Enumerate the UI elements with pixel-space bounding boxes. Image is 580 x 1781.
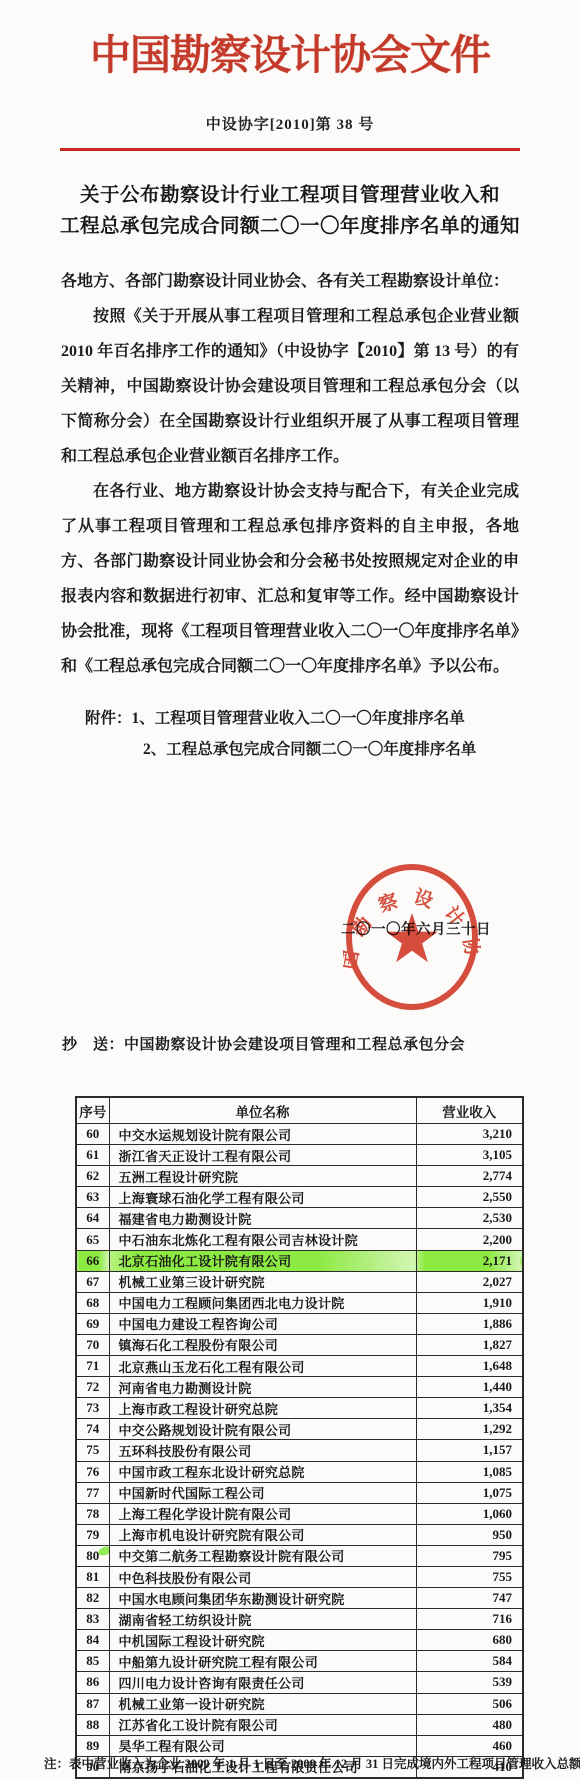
table-row: 80中交第二航务工程勘察设计院有限公司795 [76, 1545, 523, 1566]
attachment-1: 1、工程项目管理营业收入二〇一〇年度排序名单 [132, 710, 465, 727]
rank-cell: 69 [76, 1313, 109, 1334]
value-cell: 2,774 [416, 1166, 523, 1187]
rank-cell: 61 [76, 1145, 109, 1166]
table-row: 69中国电力建设工程咨询公司1,886 [76, 1313, 523, 1334]
rank-cell: 64 [76, 1208, 109, 1229]
table-row: 62五洲工程设计研究院2,774 [76, 1166, 523, 1187]
header-name: 单位名称 [109, 1097, 416, 1124]
value-cell: 1,075 [416, 1482, 523, 1503]
rank-cell: 80 [76, 1545, 109, 1566]
ranking-table: 序号 单位名称 营业收入 60中交水运规划设计院有限公司3,21061浙江省天正… [75, 1096, 524, 1779]
value-cell: 1,886 [416, 1313, 523, 1334]
table-row: 70镇海石化工程股份有限公司1,827 [76, 1334, 523, 1355]
table-row: 84中机国际工程设计研究院680 [76, 1630, 523, 1651]
table-row: 82中国水电顾问集团华东勘测设计研究院747 [76, 1588, 523, 1609]
value-cell: 680 [416, 1630, 523, 1651]
value-cell: 1,354 [416, 1398, 523, 1419]
value-cell: 2,027 [416, 1271, 523, 1292]
document-title: 关于公布勘察设计行业工程项目管理营业收入和 工程总承包完成合同额二〇一〇年度排序… [0, 180, 580, 242]
letterhead-title: 中国勘察设计协会文件 [0, 22, 580, 81]
table-row: 61浙江省天正设计工程有限公司3,105 [76, 1145, 523, 1166]
document-title-line1: 关于公布勘察设计行业工程项目管理营业收入和 [0, 180, 580, 211]
table-row: 67机械工业第三设计研究院2,027 [76, 1271, 523, 1292]
table-row: 78上海工程化学设计院有限公司1,060 [76, 1503, 523, 1524]
value-cell: 1,060 [416, 1503, 523, 1524]
name-cell: 镇海石化工程股份有限公司 [109, 1334, 416, 1355]
name-cell: 五环科技股份有限公司 [109, 1440, 416, 1461]
name-cell: 河南省电力勘测设计院 [109, 1377, 416, 1398]
rank-cell: 68 [76, 1292, 109, 1313]
table-row: 64福建省电力勘测设计院2,530 [76, 1208, 523, 1229]
name-cell: 中交公路规划设计院有限公司 [109, 1419, 416, 1440]
name-cell: 中船第九设计研究院工程有限公司 [109, 1651, 416, 1672]
paragraph-2: 在各行业、地方勘察设计协会支持与配合下，有关企业完成了从事工程项目管理和工程总承… [61, 474, 519, 684]
value-cell: 2,550 [416, 1187, 523, 1208]
salutation: 各地方、各部门勘察设计同业协会、各有关工程勘察设计单位： [61, 264, 519, 299]
value-cell: 1,157 [416, 1440, 523, 1461]
rank-cell: 83 [76, 1609, 109, 1630]
rank-cell: 70 [76, 1334, 109, 1355]
rank-cell: 67 [76, 1271, 109, 1292]
name-cell: 中国电力建设工程咨询公司 [109, 1313, 416, 1334]
rank-cell: 72 [76, 1377, 109, 1398]
name-cell: 机械工业第一设计研究院 [109, 1693, 416, 1714]
value-cell: 584 [416, 1651, 523, 1672]
name-cell: 中机国际工程设计研究院 [109, 1630, 416, 1651]
table-row: 81中色科技股份有限公司755 [76, 1566, 523, 1587]
document-number: 中设协字[2010]第 38 号 [0, 113, 580, 134]
value-cell: 747 [416, 1588, 523, 1609]
table-row: 87机械工业第一设计研究院506 [76, 1693, 523, 1714]
value-cell: 480 [416, 1714, 523, 1735]
official-seal: 中国勘察设计协会 [343, 862, 481, 1012]
value-cell: 2,530 [416, 1208, 523, 1229]
name-cell: 四川电力设计咨询有限责任公司 [109, 1672, 416, 1693]
value-cell: 539 [416, 1672, 523, 1693]
name-cell: 江苏省化工设计院有限公司 [109, 1714, 416, 1735]
value-cell: 3,105 [416, 1145, 523, 1166]
attachments-block: 附件：1、工程项目管理营业收入二〇一〇年度排序名单 2、工程总承包完成合同额二〇… [85, 703, 476, 765]
table-row: 63上海寰球石油化学工程有限公司2,550 [76, 1187, 523, 1208]
name-cell: 中交第二航务工程勘察设计院有限公司 [109, 1545, 416, 1566]
value-cell: 1,440 [416, 1377, 523, 1398]
attachment-2: 2、工程总承包完成合同额二〇一〇年度排序名单 [143, 734, 476, 765]
value-cell: 2,171 [416, 1250, 523, 1271]
name-cell: 福建省电力勘测设计院 [109, 1208, 416, 1229]
name-cell: 中石油东北炼化工程有限公司吉林设计院 [109, 1229, 416, 1250]
name-cell: 五洲工程设计研究院 [109, 1166, 416, 1187]
name-cell: 北京燕山玉龙石化工程有限公司 [109, 1356, 416, 1377]
rank-cell: 71 [76, 1356, 109, 1377]
table-header-row: 序号 单位名称 营业收入 [76, 1097, 523, 1124]
table-row: 74中交公路规划设计院有限公司1,292 [76, 1419, 523, 1440]
table-row: 60中交水运规划设计院有限公司3,210 [76, 1124, 523, 1145]
rank-cell: 63 [76, 1187, 109, 1208]
table-row: 88江苏省化工设计院有限公司480 [76, 1714, 523, 1735]
paragraph-1: 按照《关于开展从事工程项目管理和工程总承包企业营业额 2010 年百名排序工作的… [61, 299, 519, 474]
rank-cell: 66 [76, 1250, 109, 1271]
table-row: 83湖南省轻工纺织设计院716 [76, 1609, 523, 1630]
name-cell: 中色科技股份有限公司 [109, 1566, 416, 1587]
rank-cell: 60 [76, 1124, 109, 1145]
value-cell: 795 [416, 1545, 523, 1566]
name-cell: 中国水电顾问集团华东勘测设计研究院 [109, 1588, 416, 1609]
table-row: 79上海市机电设计研究院有限公司950 [76, 1524, 523, 1545]
rank-cell: 84 [76, 1630, 109, 1651]
document-page: 中国勘察设计协会文件 中设协字[2010]第 38 号 关于公布勘察设计行业工程… [0, 0, 580, 1781]
rank-cell: 75 [76, 1440, 109, 1461]
rank-cell: 86 [76, 1672, 109, 1693]
name-cell: 上海工程化学设计院有限公司 [109, 1503, 416, 1524]
attachments-label: 附件： [85, 710, 132, 727]
table-row: 65中石油东北炼化工程有限公司吉林设计院2,200 [76, 1229, 523, 1250]
header-rank: 序号 [76, 1097, 109, 1124]
ranking-table-body: 60中交水运规划设计院有限公司3,21061浙江省天正设计工程有限公司3,105… [76, 1124, 523, 1778]
name-cell: 上海寰球石油化学工程有限公司 [109, 1187, 416, 1208]
value-cell: 1,292 [416, 1419, 523, 1440]
name-cell: 北京石油化工设计院有限公司 [109, 1250, 416, 1271]
value-cell: 1,648 [416, 1356, 523, 1377]
value-cell: 716 [416, 1609, 523, 1630]
star-icon [386, 913, 438, 962]
value-cell: 950 [416, 1524, 523, 1545]
name-cell: 湖南省轻工纺织设计院 [109, 1609, 416, 1630]
value-cell: 1,085 [416, 1461, 523, 1482]
value-cell: 755 [416, 1566, 523, 1587]
rank-cell: 88 [76, 1714, 109, 1735]
table-footnote: 注：表中营业收入为企业 2009 年 1 月 1 日至 2009 年 12 月 … [44, 1754, 564, 1772]
name-cell: 上海市机电设计研究院有限公司 [109, 1524, 416, 1545]
rank-cell: 85 [76, 1651, 109, 1672]
table-row: 76中国市政工程东北设计研究总院1,085 [76, 1461, 523, 1482]
value-cell: 1,910 [416, 1292, 523, 1313]
table-row: 85中船第九设计研究院工程有限公司584 [76, 1651, 523, 1672]
name-cell: 上海市政工程设计研究总院 [109, 1398, 416, 1419]
attachment-line-1: 附件：1、工程项目管理营业收入二〇一〇年度排序名单 [85, 703, 476, 734]
table-row: 73上海市政工程设计研究总院1,354 [76, 1398, 523, 1419]
rank-cell: 65 [76, 1229, 109, 1250]
rank-cell: 81 [76, 1566, 109, 1587]
rank-cell: 73 [76, 1398, 109, 1419]
rank-cell: 79 [76, 1524, 109, 1545]
document-title-line2: 工程总承包完成合同额二〇一〇年度排序名单的通知 [0, 211, 580, 242]
rank-cell: 76 [76, 1461, 109, 1482]
table-row: 66北京石油化工设计院有限公司2,171 [76, 1250, 523, 1271]
rank-cell: 77 [76, 1482, 109, 1503]
table-row: 77中国新时代国际工程公司1,075 [76, 1482, 523, 1503]
rank-cell: 78 [76, 1503, 109, 1524]
table-row: 72河南省电力勘测设计院1,440 [76, 1377, 523, 1398]
name-cell: 中国市政工程东北设计研究总院 [109, 1461, 416, 1482]
letterhead-rule [60, 148, 520, 151]
table-row: 71北京燕山玉龙石化工程有限公司1,648 [76, 1356, 523, 1377]
rank-cell: 82 [76, 1588, 109, 1609]
value-cell: 2,200 [416, 1229, 523, 1250]
value-cell: 3,210 [416, 1124, 523, 1145]
name-cell: 中交水运规划设计院有限公司 [109, 1124, 416, 1145]
table-row: 68中国电力工程顾问集团西北电力设计院1,910 [76, 1292, 523, 1313]
name-cell: 机械工业第三设计研究院 [109, 1271, 416, 1292]
name-cell: 中国电力工程顾问集团西北电力设计院 [109, 1292, 416, 1313]
value-cell: 506 [416, 1693, 523, 1714]
table-row: 75五环科技股份有限公司1,157 [76, 1440, 523, 1461]
name-cell: 浙江省天正设计工程有限公司 [109, 1145, 416, 1166]
value-cell: 1,827 [416, 1334, 523, 1355]
header-value: 营业收入 [416, 1097, 523, 1124]
rank-cell: 74 [76, 1419, 109, 1440]
table-row: 86四川电力设计咨询有限责任公司539 [76, 1672, 523, 1693]
green-mark [97, 1545, 109, 1556]
rank-cell: 87 [76, 1693, 109, 1714]
rank-cell: 62 [76, 1166, 109, 1187]
document-body: 各地方、各部门勘察设计同业协会、各有关工程勘察设计单位： 按照《关于开展从事工程… [61, 264, 519, 684]
cc-line: 抄 送：中国勘察设计协会建设项目管理和工程总承包分会 [62, 1033, 465, 1054]
name-cell: 中国新时代国际工程公司 [109, 1482, 416, 1503]
